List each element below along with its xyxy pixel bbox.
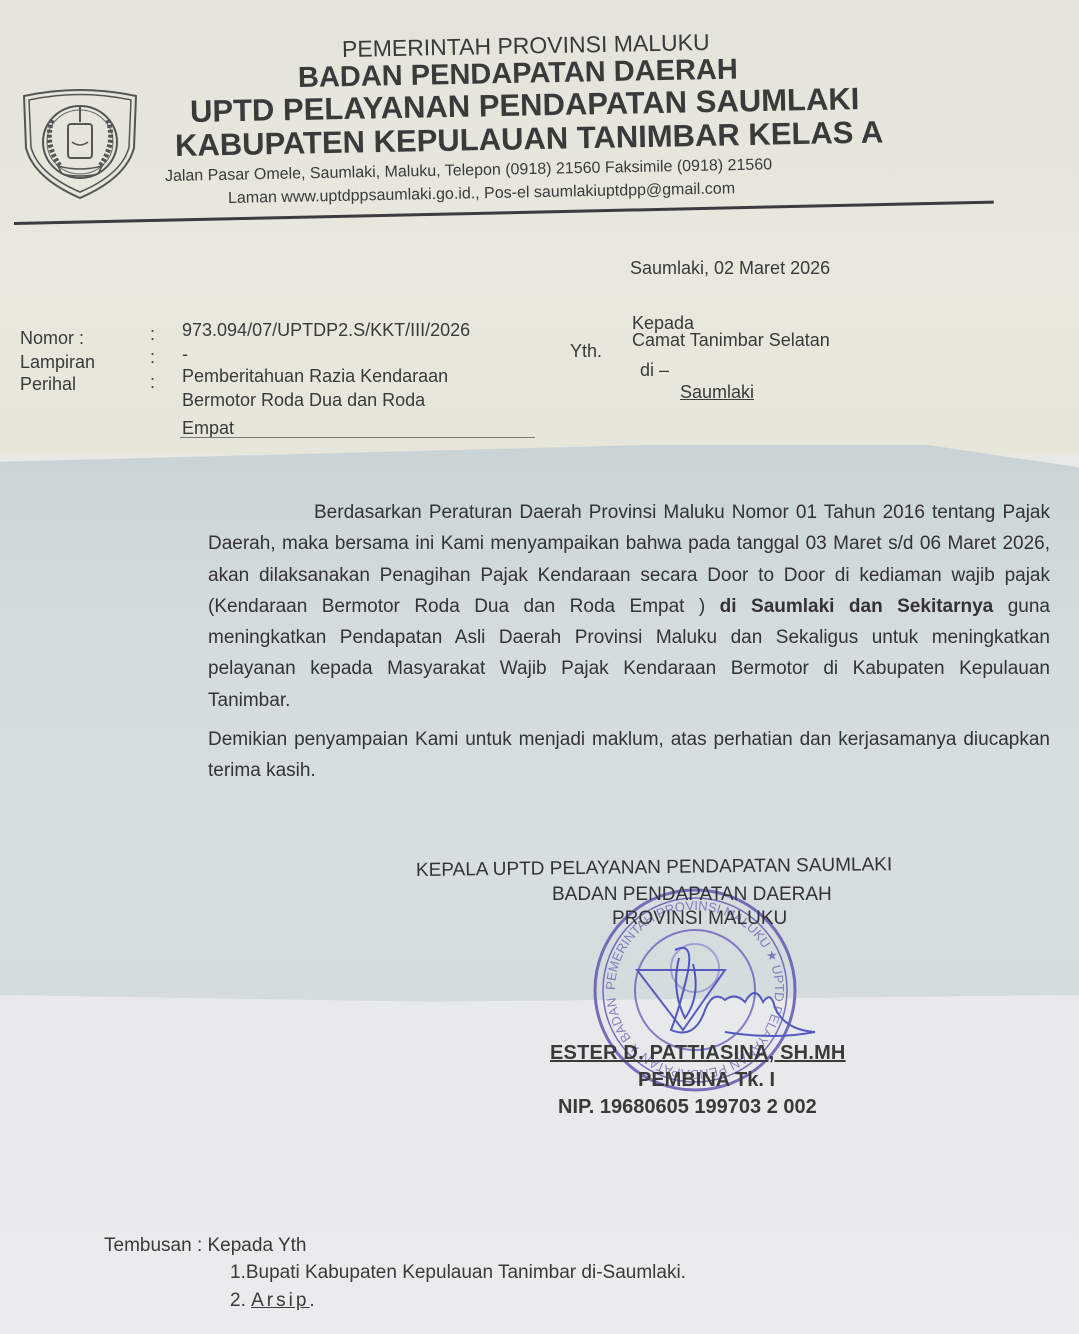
perihal-line-1: Pemberitahuan Razia Kendaraan — [182, 366, 448, 387]
signatory-nip: NIP. 19680605 199703 2 002 — [558, 1096, 817, 1119]
signatory-title-3: PROVINSI MALUKU — [612, 908, 787, 930]
regional-emblem-icon — [18, 86, 142, 200]
body-paragraph-2: Demikian penyampaian Kami untuk menjadi … — [208, 724, 1050, 787]
perihal-label: Perihal — [20, 374, 76, 395]
tembusan-item-2-number: 2. — [230, 1290, 251, 1311]
lampiran-colon: : — [150, 347, 155, 368]
signatory-title-2: BADAN PENDAPATAN DAERAH — [552, 884, 832, 906]
signatory-name: ESTER D. PATTIASINA, SH.MH — [550, 1042, 846, 1065]
lampiran-value: - — [182, 344, 188, 365]
recipient-di: di – — [640, 360, 669, 381]
body-paragraph-1: Berdasarkan Peraturan Daerah Provinsi Ma… — [208, 497, 1050, 716]
perihal-underline — [180, 437, 535, 438]
handwritten-signature-icon — [637, 948, 815, 1036]
recipient-name: Camat Tanimbar Selatan — [632, 330, 830, 351]
tembusan-item-1: 1.Bupati Kabupaten Kepulauan Tanimbar di… — [230, 1262, 686, 1284]
recipient-yth: Yth. — [570, 341, 602, 362]
body-paragraph-1-bold: di Saumlaki dan Sekitarnya — [705, 596, 1007, 617]
tembusan-item-2-period: . — [309, 1290, 314, 1311]
perihal-colon: : — [150, 372, 155, 393]
nomor-value: 973.094/07/UPTDP2.S/KKT/III/2026 — [182, 320, 470, 341]
recipient-place: Saumlaki — [680, 382, 754, 403]
tembusan-item-2: 2. Arsip. — [230, 1290, 315, 1312]
tembusan-item-2-text: Arsip — [251, 1290, 309, 1311]
nomor-label: Nomor : — [20, 328, 84, 349]
nomor-colon: : — [150, 324, 155, 345]
perihal-line-2: Bermotor Roda Dua dan Roda — [182, 390, 425, 411]
signatory-rank: PEMBINA Tk. I — [638, 1069, 775, 1092]
letter-body: Berdasarkan Peraturan Daerah Provinsi Ma… — [208, 497, 1050, 787]
lampiran-label: Lampiran — [20, 352, 95, 373]
tembusan-label: Tembusan : Kepada Yth — [104, 1235, 306, 1257]
perihal-line-3: Empat — [182, 418, 234, 439]
letter-date: Saumlaki, 02 Maret 2026 — [630, 258, 830, 279]
